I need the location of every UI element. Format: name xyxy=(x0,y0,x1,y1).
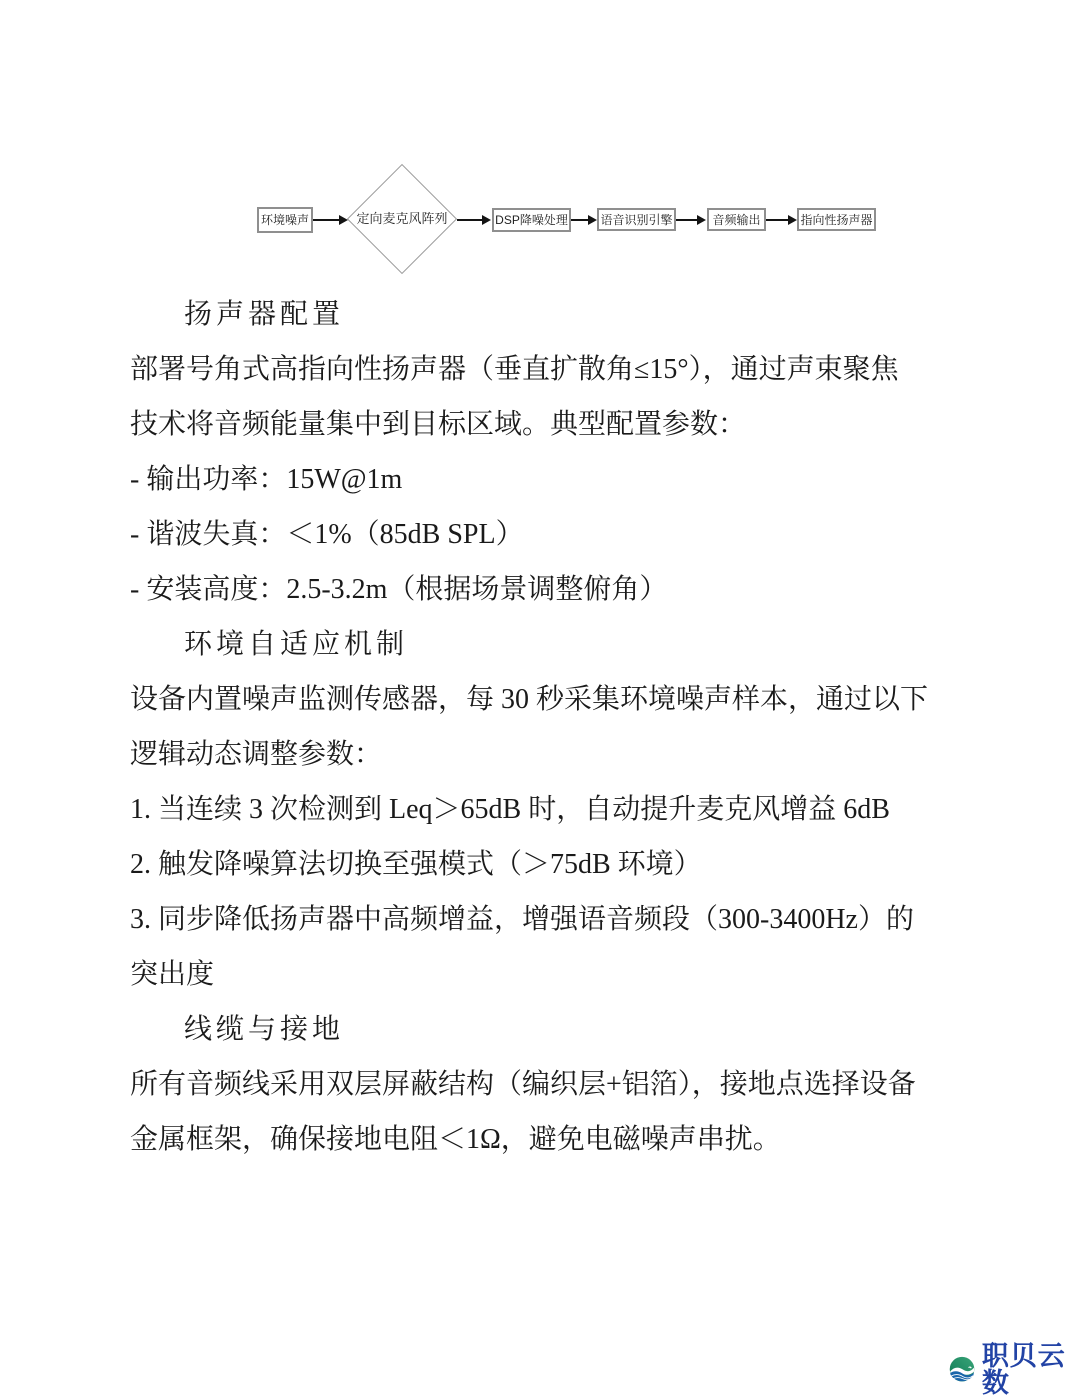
numbered-item-1: 1. 当连续 3 次检测到 Leq＞65dB 时，自动提升麦克风增益 6dB xyxy=(130,782,966,837)
wave-globe-icon xyxy=(948,1348,978,1392)
numbered-item-2: 2. 触发降噪算法切换至强模式（＞75dB 环境） xyxy=(130,837,966,892)
flowchart-node-dir-speaker: 指向性扬声器 xyxy=(797,208,876,231)
list-item-output-power: - 输出功率：15W@1m xyxy=(130,452,966,507)
paragraph-line: 逻辑动态调整参数： xyxy=(130,727,966,782)
flowchart-node-audio-out: 音频输出 xyxy=(707,208,766,231)
document-page: 环境噪声 定向麦克风阵列 DSP降噪处理 语音识别引擎 音频输出 指向性扬声器 xyxy=(0,0,1080,1397)
flow-arrow-icon xyxy=(766,215,797,225)
list-item-harmonic-distort: - 谐波失真：＜1%（85dB SPL） xyxy=(130,507,966,562)
paragraph-line: 设备内置噪声监测传感器，每 30 秒采集环境噪声样本，通过以下 xyxy=(130,672,966,727)
arrow-shaft xyxy=(457,219,483,221)
flowchart-node-env-noise: 环境噪声 xyxy=(257,207,313,233)
flow-arrow-icon xyxy=(571,215,597,225)
heading-cable-grounding: 线缆与接地 xyxy=(130,1002,966,1057)
brand-logo: 职贝云数 xyxy=(948,1348,1080,1392)
paragraph-line: 所有音频线采用双层屏蔽结构（编织层+铝箔），接地点选择设备 xyxy=(130,1057,966,1112)
arrow-head-icon xyxy=(588,215,597,225)
document-body: 扬声器配置 部署号角式高指向性扬声器（垂直扩散角≤15°），通过声束聚焦 技术将… xyxy=(130,287,966,1167)
arrow-head-icon xyxy=(697,215,706,225)
heading-env-adaptive: 环境自适应机制 xyxy=(130,617,966,672)
flow-arrow-icon xyxy=(676,215,706,225)
list-item-install-height: - 安装高度：2.5-3.2m（根据场景调整俯角） xyxy=(130,562,966,617)
arrow-shaft xyxy=(766,219,789,221)
arrow-shaft xyxy=(313,219,340,221)
numbered-item-3-cont: 突出度 xyxy=(130,947,966,1002)
heading-speaker-config: 扬声器配置 xyxy=(130,287,966,342)
arrow-head-icon xyxy=(482,215,491,225)
numbered-item-3: 3. 同步降低扬声器中高频增益，增强语音频段（300-3400Hz）的 xyxy=(130,892,966,947)
arrow-shaft xyxy=(676,219,698,221)
arrow-head-icon xyxy=(788,215,797,225)
paragraph-line: 技术将音频能量集中到目标区域。典型配置参数： xyxy=(130,397,966,452)
flow-arrow-icon xyxy=(457,215,491,225)
flowchart-node-dsp-denoise: DSP降噪处理 xyxy=(492,208,571,232)
paragraph-line: 部署号角式高指向性扬声器（垂直扩散角≤15°），通过声束聚焦 xyxy=(130,342,966,397)
flowchart-node-asr-engine: 语音识别引擎 xyxy=(597,208,676,231)
flowchart-node-mic-array: 定向麦克风阵列 xyxy=(338,212,466,225)
paragraph-line: 金属框架，确保接地电阻＜1Ω，避免电磁噪声串扰。 xyxy=(130,1112,966,1167)
flowchart: 环境噪声 定向麦克风阵列 DSP降噪处理 语音识别引擎 音频输出 指向性扬声器 xyxy=(0,0,1080,290)
arrow-shaft xyxy=(571,219,589,221)
brand-logo-text: 职贝云数 xyxy=(982,1343,1080,1397)
